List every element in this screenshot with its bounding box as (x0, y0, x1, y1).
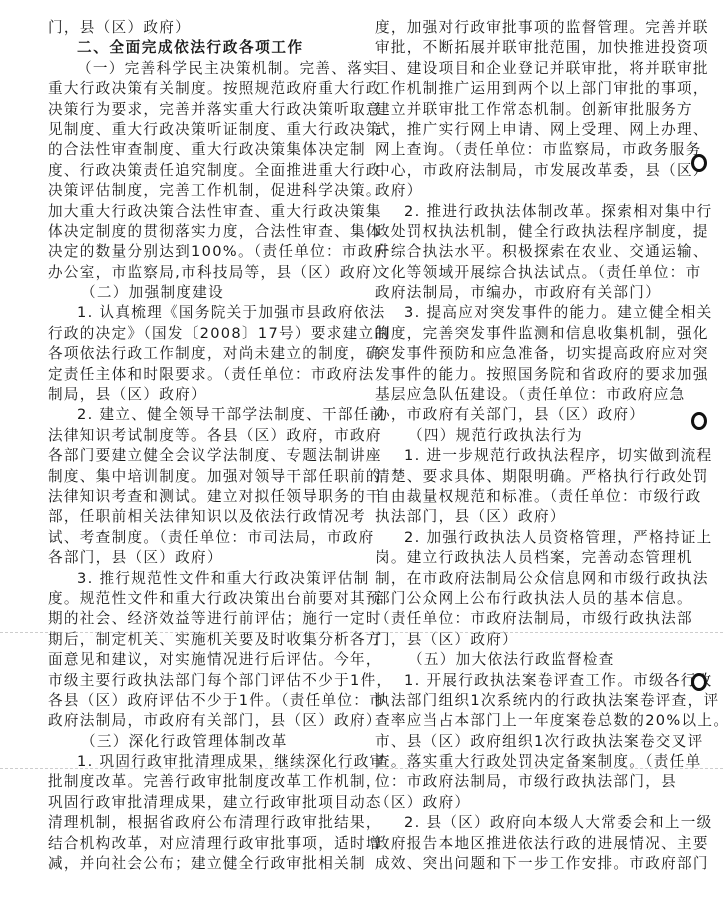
text-line: 行政的决定》（国发〔2008〕17号）要求建立的 (48, 324, 350, 344)
text-line: 式，推广实行网上申请、网上受理、网上办理、 (375, 120, 677, 140)
text-line: 中心，市政府法制局，市发展改革委，县（区） (375, 161, 677, 181)
text-line: 岗。建立行政执法人员档案，完善动态管理机 (375, 548, 677, 568)
text-line: 执法部门，县（区）政府） (375, 507, 677, 527)
scan-dashed-line (0, 632, 723, 633)
text-line: 网上查询。（责任单位：市监察局，市政务服务 (375, 140, 677, 160)
text-line: 1. 认真梳理《国务院关于加强市县政府依法 (48, 303, 350, 323)
text-line: 政府报告本地区推进依法行政的进展情况、主要 (375, 834, 677, 854)
subsection-heading: （二）加强制度建设 (48, 283, 350, 303)
text-line: 决策行为要求，完善并落实重大行政决策听取意 (48, 100, 350, 120)
text-line: 部，任职前相关法律知识以及依法行政情况考 (48, 507, 350, 527)
text-line: 决策评估制度，完善工作机制，促进科学决策。 (48, 181, 350, 201)
subsection-heading: （四）规范行政执法行为 (375, 426, 677, 446)
text-line: 政府） (375, 181, 677, 201)
text-line: 清理机制，根据省政府公布清理行政审批结果， (48, 813, 350, 833)
text-line: 各县（区）政府评估不少于1件。（责任单位：市 (48, 691, 350, 711)
text-line: 清楚、要求具体、期限明确。严格执行行政处罚 (375, 467, 677, 487)
scan-dashed-line (0, 768, 723, 769)
text-line: 2. 县（区）政府向本级人大常委会和上一级 (375, 813, 677, 833)
text-line: 面意见和建议，对实施情况进行后评估。今年， (48, 650, 350, 670)
text-line: 度、行政决策责任追究制度。全面推进重大行政 (48, 161, 350, 181)
text-line: 制局，县（区）政府） (48, 385, 350, 405)
text-line: 办公室，市监察局,市科技局等，县（区）政府） (48, 263, 350, 283)
left-text-column: 门，县（区）政府）二、全面完成依法行政各项工作（一）完善科学民主决策机制。完善、… (48, 18, 350, 874)
text-line: 自由裁量权规范和标准。（责任单位：市级行政 (375, 487, 677, 507)
text-line: 执法部门组织1次系统内的行政执法案卷评查，评 (375, 691, 677, 711)
text-line: 制度，完善突发事件监测和信息收集机制，强化 (375, 324, 677, 344)
text-line: 目、建设项目和企业登记并联审批，将并联审批 (375, 59, 677, 79)
subsection-heading: （三）深化行政管理体制改革 (48, 732, 350, 752)
right-text-column: 度，加强对行政审批事项的监督管理。完善并联审批，不断拓展并联审批范围，加快推进投… (375, 18, 677, 874)
text-line: 2. 建立、健全领导干部学法制度、干部任前 (48, 405, 350, 425)
text-line: 制度、集中培训制度。加强对领导干部任职前的 (48, 467, 350, 487)
text-line: 发事件的能力。按照国务院和省政府的要求加强 (375, 365, 677, 385)
text-line: 2. 推进行政执法体制改革。探索相对集中行 (375, 202, 677, 222)
text-line: 查。落实重大行政处罚决定备案制度。（责任单 (375, 752, 677, 772)
text-line: 门，县（区）政府） (48, 18, 350, 38)
text-line: 的合法性审查制度、重大行政决策集体决定制 (48, 140, 350, 160)
text-line: 基层应急队伍建设。（责任单位：市政府应急 (375, 385, 677, 405)
text-line: 各项依法行政工作制度，对尚未建立的制度，确 (48, 344, 350, 364)
text-line: （一）完善科学民主决策机制。完善、落实 (48, 59, 350, 79)
text-line: 市级主要行政执法部门每个部门评估不少于1件， (48, 671, 350, 691)
text-line: 建立并联审批工作常态机制。创新审批服务方 (375, 100, 677, 120)
binder-hole-icon (691, 154, 707, 172)
text-line: 市、县（区）政府组织1次行政执法案卷交叉评 (375, 732, 677, 752)
text-line: 度。规范性文件和重大行政决策出台前要对其预 (48, 589, 350, 609)
text-line: 度，加强对行政审批事项的监督管理。完善并联 (375, 18, 677, 38)
text-line: 文化等领域开展综合执法试点。（责任单位：市 (375, 263, 677, 283)
text-line: 期的社会、经济效益等进行前评估；施行一定时 (48, 609, 350, 629)
text-line: 政府法制局，市政府有关部门，县（区）政府） (48, 711, 350, 731)
text-line: 见制度、重大行政决策听证制度、重大行政决策 (48, 120, 350, 140)
text-line: 部门公众网上公布行政执法人员的基本信息。 (375, 589, 677, 609)
text-line: 1. 开展行政执法案卷评查工作。市级各行政 (375, 671, 677, 691)
text-line: 重大行政决策有关制度。按照规范政府重大行政 (48, 79, 350, 99)
text-line: 办，市政府有关部门，县（区）政府） (375, 405, 677, 425)
text-line: 加大重大行政决策合法性审查、重大行政决策集 (48, 202, 350, 222)
text-line: 法律知识考试制度等。各县（区）政府，市政府 (48, 426, 350, 446)
binder-hole-icon (691, 673, 707, 691)
text-line: 决定的数量分别达到100%。（责任单位：市政府 (48, 242, 350, 262)
text-line: 法律知识考查和测试。建立对拟任领导职务的干 (48, 487, 350, 507)
text-line: 1. 进一步规范行政执法程序，切实做到流程 (375, 446, 677, 466)
text-line: 批制度改革。完善行政审批制度改革工作机制， (48, 772, 350, 792)
text-line: 各部门，县（区）政府） (48, 548, 350, 568)
binder-hole-icon (691, 412, 707, 430)
text-line: 试、考查制度。（责任单位：市司法局，市政府 (48, 528, 350, 548)
text-line: 结合机构改革，对应清理行政审批事项，适时增 (48, 834, 350, 854)
text-line: 升综合执法水平。积极探索在农业、交通运输、 (375, 242, 677, 262)
text-line: 查率应当占本部门上一年度案卷总数的20%以上。 (375, 711, 677, 731)
text-line: 体决定制度的贯彻落实力度，合法性审查、集体 (48, 222, 350, 242)
text-line: 减，并向社会公布；建立健全行政审批相关制 (48, 854, 350, 874)
text-line: 巩固行政审批清理成果，建立行政审批项目动态 (48, 793, 350, 813)
text-line: 制，在市政府法制局公众信息网和市级行政执法 (375, 569, 677, 589)
text-line: 3. 提高应对突发事件的能力。建立健全相关 (375, 303, 677, 323)
text-line: 2. 加强行政执法人员资格管理，严格持证上 (375, 528, 677, 548)
text-line: 突发事件预防和应急准备，切实提高政府应对突 (375, 344, 677, 364)
text-line: 政府法制局，市编办，市政府有关部门） (375, 283, 677, 303)
text-line: （责任单位：市政府法制局，市级行政执法部 (375, 609, 677, 629)
text-line: 工作机制推广运用到两个以上部门审批的事项， (375, 79, 677, 99)
text-line: 3. 推行规范性文件和重大行政决策评估制 (48, 569, 350, 589)
text-line: （区）政府） (375, 793, 677, 813)
text-line: 1. 巩固行政审批清理成果，继续深化行政审 (48, 752, 350, 772)
text-line: 成效、突出问题和下一步工作安排。市政府部门 (375, 854, 677, 874)
subsection-heading: （五）加大依法行政监督检查 (375, 650, 677, 670)
text-line: 政处罚权执法机制，健全行政执法程序制度，提 (375, 222, 677, 242)
section-heading: 二、全面完成依法行政各项工作 (48, 38, 350, 58)
text-line: 定责任主体和时限要求。（责任单位：市政府法 (48, 365, 350, 385)
text-line: 各部门要建立健全会议学法制度、专题法制讲座 (48, 446, 350, 466)
scanned-document-page: 门，县（区）政府）二、全面完成依法行政各项工作（一）完善科学民主决策机制。完善、… (0, 0, 723, 900)
text-line: 位：市政府法制局，市级行政执法部门，县 (375, 772, 677, 792)
text-line: 审批，不断拓展并联审批范围，加快推进投资项 (375, 38, 677, 58)
